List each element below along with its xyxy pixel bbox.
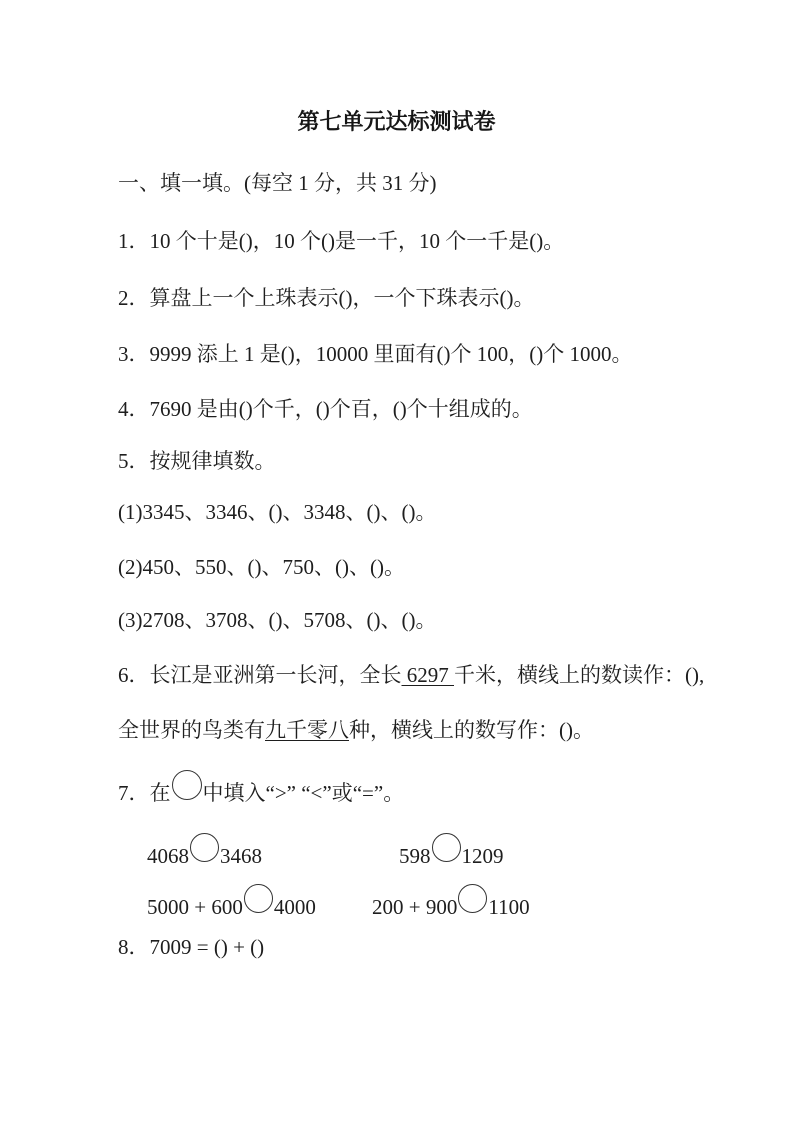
- comparison-row2-left: 5000 + 6004000: [147, 884, 316, 920]
- question-6-text-d: 种，横线上的数写作：()。: [349, 718, 594, 742]
- comparison-row1-right: 5981209: [399, 833, 504, 869]
- answer-circle-icon: [244, 884, 273, 913]
- question-4: 4．7690 是由()个千，()个百，()个十组成的。: [118, 397, 533, 422]
- answer-circle-icon: [190, 833, 219, 862]
- question-7: 7．在中填入“>” “<”或“=”。: [118, 770, 404, 806]
- answer-circle-icon: [172, 770, 202, 800]
- question-5-item-1: (1)3345、3346、()、3348、()、()。: [118, 500, 436, 525]
- comparison-value: 5000 + 600: [147, 895, 243, 919]
- question-6-line-2: 全世界的鸟类有九千零八种，横线上的数写作：()。: [118, 718, 594, 743]
- test-paper-page: 第七单元达标测试卷 一、填一填。(每空 1 分，共 31 分) 1．10 个十是…: [0, 0, 793, 1122]
- question-6-line-1: 6．长江是亚洲第一长河，全长 6297 千米，横线上的数读作：(),: [118, 663, 704, 688]
- comparison-value: 200 + 900: [372, 895, 457, 919]
- question-6-text-a: 6．长江是亚洲第一长河，全长: [118, 663, 402, 687]
- comparison-value: 598: [399, 844, 431, 868]
- question-6-text-c: 全世界的鸟类有: [118, 718, 265, 742]
- question-1: 1．10 个十是()，10 个()是一千，10 个一千是()。: [118, 229, 564, 254]
- comparison-value: 4000: [274, 895, 316, 919]
- question-6-underlined-number: 6297: [402, 663, 455, 687]
- question-7-text-a: 7．在: [118, 781, 171, 805]
- question-8: 8．7009 = () + (): [118, 935, 264, 960]
- comparison-value: 1209: [462, 844, 504, 868]
- question-6-underlined-words: 九千零八: [265, 718, 349, 742]
- answer-circle-icon: [432, 833, 461, 862]
- comparison-value: 1100: [488, 895, 529, 919]
- comparison-value: 4068: [147, 844, 189, 868]
- answer-circle-icon: [458, 884, 487, 913]
- question-6-text-b: 千米，横线上的数读作：(),: [454, 663, 704, 687]
- question-5-item-3: (3)2708、3708、()、5708、()、()。: [118, 608, 436, 633]
- question-5: 5．按规律填数。: [118, 449, 276, 474]
- comparison-row1-left: 40683468: [147, 833, 262, 869]
- comparison-value: 3468: [220, 844, 262, 868]
- question-2: 2．算盘上一个上珠表示()，一个下珠表示()。: [118, 286, 534, 311]
- question-3: 3．9999 添上 1 是()，10000 里面有()个 100，()个 100…: [118, 342, 632, 367]
- section-heading: 一、填一填。(每空 1 分，共 31 分): [118, 171, 437, 196]
- question-7-text-b: 中填入“>” “<”或“=”。: [203, 781, 405, 805]
- page-title: 第七单元达标测试卷: [0, 109, 793, 135]
- comparison-row2-right: 200 + 9001100: [372, 884, 530, 920]
- question-5-item-2: (2)450、550、()、750、()、()。: [118, 555, 405, 580]
